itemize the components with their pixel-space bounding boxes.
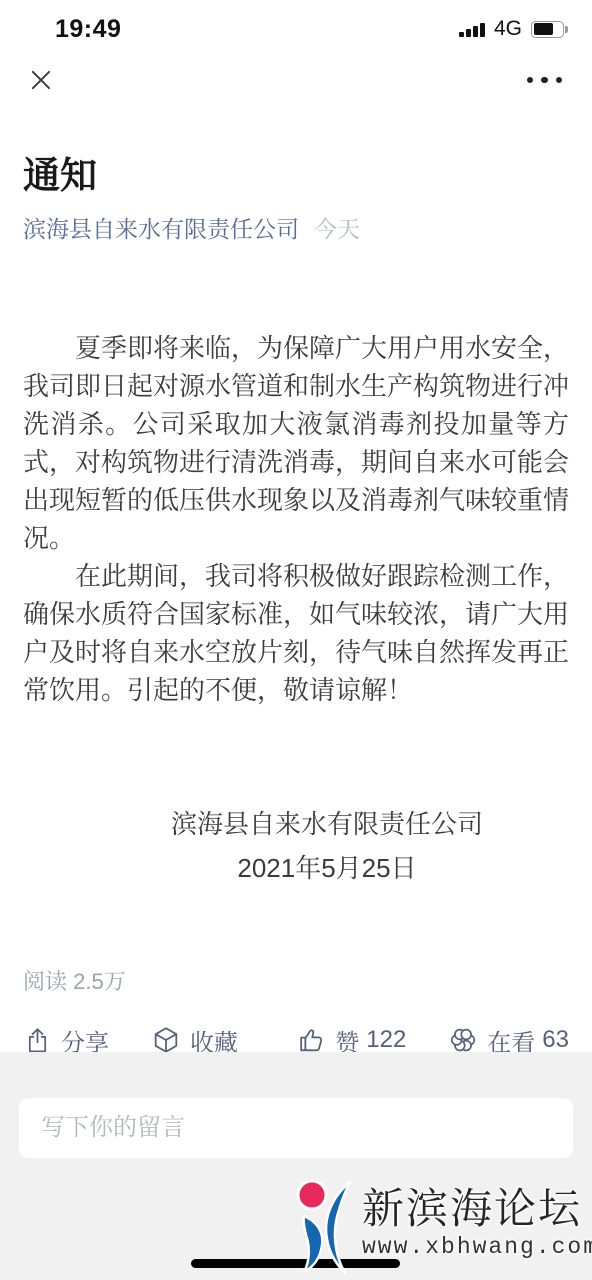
status-icons: 4G [459,17,564,41]
thumbs-up-icon [296,1025,326,1055]
network-type-label: 4G [494,17,522,41]
wow-count: 63 [542,1026,569,1054]
article: 通知 滨海县自来水有限责任公司 今天 夏季即将来临，为保障广大用户用水安全，我司… [0,152,592,1060]
wechat-article-screen: 19:49 4G 通知 滨海县自来水有限责任公司 今天 夏季即将来临，为保障广大… [0,0,592,1280]
more-menu-icon[interactable] [527,71,563,90]
nav-bar [0,48,592,112]
close-icon[interactable] [27,66,55,94]
paragraph: 在此期间，我司将积极做好跟踪检测工作，确保水质符合国家标准，如气味较浓，请广大用… [23,557,569,709]
read-count: 阅读 2.5万 [23,965,569,996]
status-bar: 19:49 4G [0,0,592,48]
signal-strength-icon [459,21,485,37]
comment-input[interactable] [19,1098,573,1158]
like-count: 122 [366,1026,406,1054]
signature-company: 滨海县自来水有限责任公司 [85,803,569,845]
publish-time: 今天 [314,213,360,245]
signature-date: 2021年5月25日 [85,847,569,889]
paragraph: 夏季即将来临，为保障广大用户用水安全，我司即日起对源水管道和制水生产构筑物进行冲… [23,329,569,557]
article-meta: 滨海县自来水有限责任公司 今天 [23,213,569,245]
wow-flower-icon [448,1025,478,1055]
home-indicator-handle[interactable] [191,1259,400,1268]
article-body: 夏季即将来临，为保障广大用户用水安全，我司即日起对源水管道和制水生产构筑物进行冲… [23,329,569,709]
comment-section [0,1052,592,1280]
clock: 19:49 [55,15,121,44]
article-title: 通知 [23,152,569,200]
signature-block: 滨海县自来水有限责任公司 2021年5月25日 [23,803,569,889]
favorite-cube-icon [151,1025,181,1055]
author-link[interactable]: 滨海县自来水有限责任公司 [23,213,299,245]
battery-icon [531,21,564,38]
share-icon [23,1026,52,1055]
